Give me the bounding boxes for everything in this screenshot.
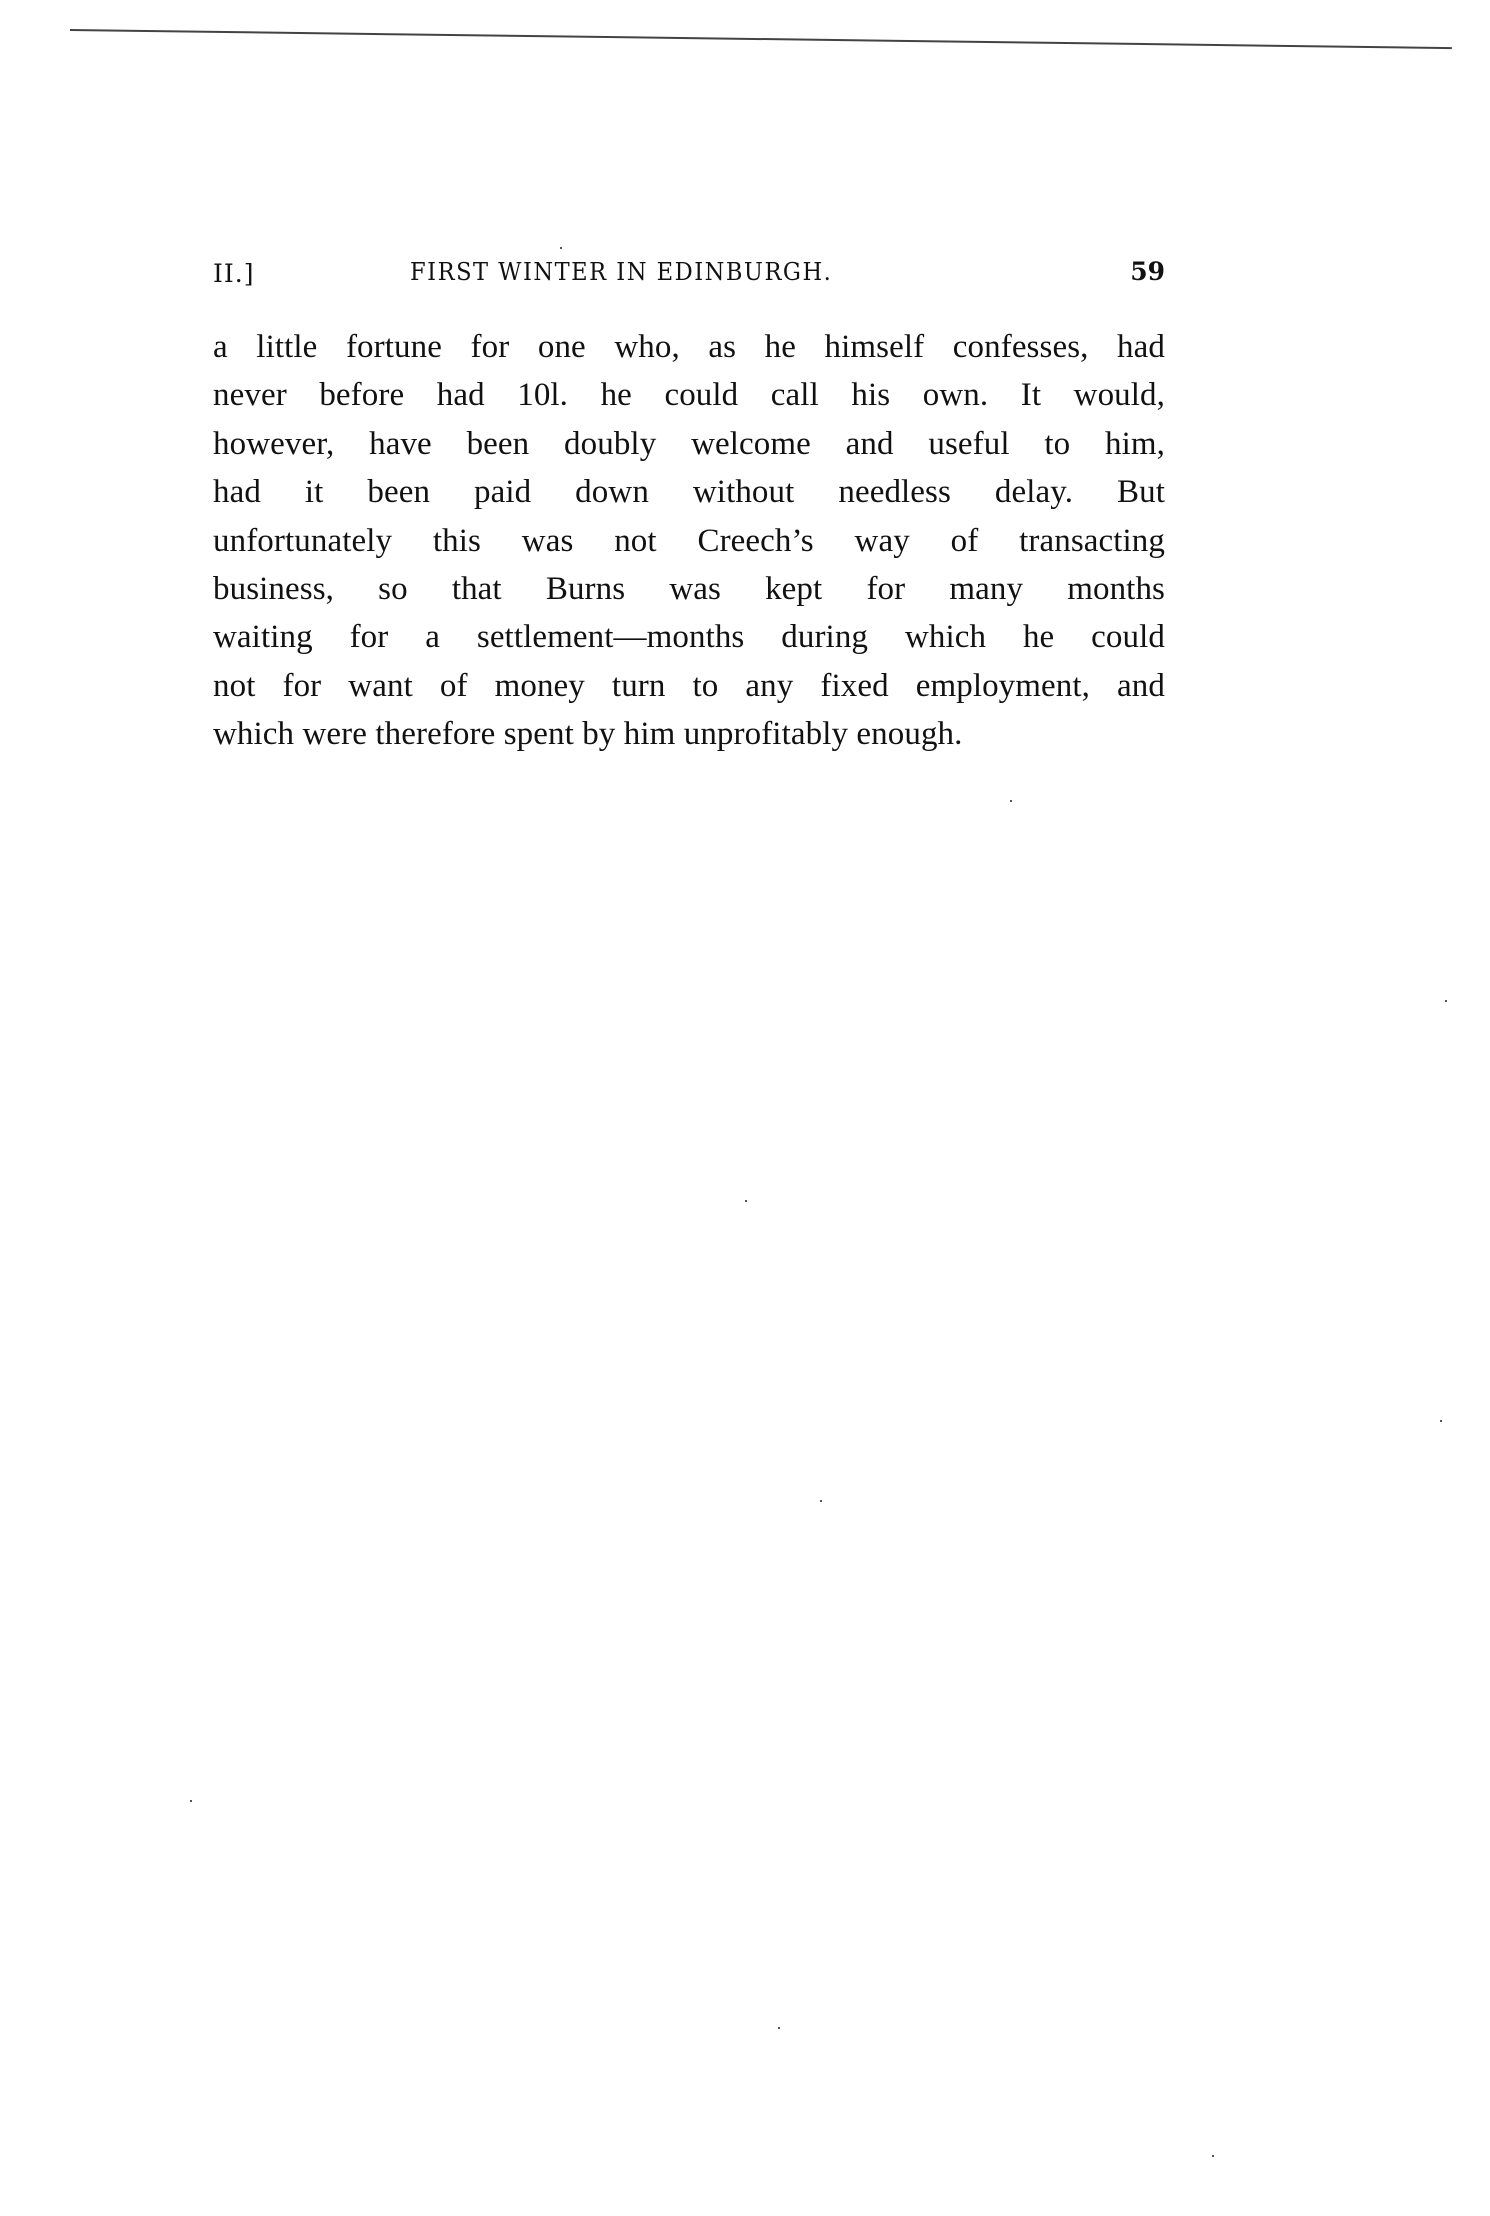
page-number: 59: [1130, 257, 1165, 286]
text-line: never before had 10l. he could call his …: [213, 371, 1165, 419]
scan-speck: [190, 1800, 192, 1802]
scan-edge-line: [70, 29, 1452, 49]
running-title: FIRST WINTER IN EDINBURGH.: [410, 258, 932, 286]
scan-speck: [745, 1200, 747, 1202]
scan-speck: [1010, 800, 1012, 802]
scan-speck: [820, 1500, 822, 1502]
body-paragraph: a little fortune for one who, as he hims…: [213, 323, 1165, 759]
chapter-number: II.]: [213, 259, 254, 288]
scan-speck: [778, 2027, 780, 2029]
scan-speck: [560, 247, 562, 249]
text-line: business, so that Burns was kept for man…: [213, 565, 1165, 613]
text-line: had it been paid down without needless d…: [213, 468, 1165, 516]
running-head: II.] FIRST WINTER IN EDINBURGH. 59: [213, 257, 1165, 291]
text-line: unfortunately this was not Creech’s way …: [213, 517, 1165, 565]
text-line-last: which were therefore spent by him unprof…: [213, 710, 1165, 758]
scan-speck: [1440, 1420, 1442, 1422]
scan-speck: [1445, 1000, 1447, 1002]
text-line: however, have been doubly welcome and us…: [213, 420, 1165, 468]
scan-speck: [1212, 2155, 1214, 2157]
text-line: a little fortune for one who, as he hims…: [213, 323, 1165, 371]
text-line: not for want of money turn to any fixed …: [213, 662, 1165, 710]
text-line: waiting for a settlement—months during w…: [213, 613, 1165, 661]
